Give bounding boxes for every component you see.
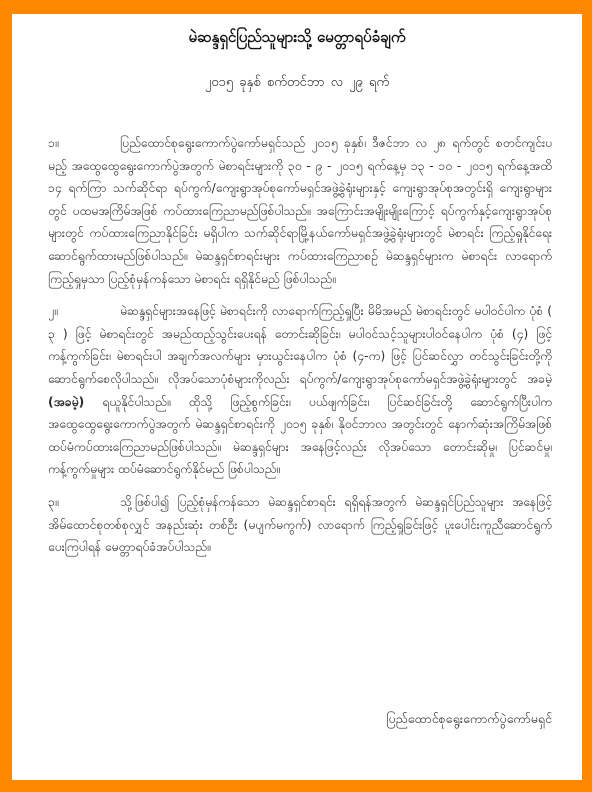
paragraph-text-continued: ရယူနိုင်ပါသည်။ ထိုသို့ ဖြည့်စွက်ခြင်း၊ ပ… (48, 395, 552, 477)
orange-border-frame: မဲဆန္ဒရှင်ပြည်သူများသို့ မေတ္တာရပ်ခံချက်… (0, 0, 592, 792)
paragraph-number: ၃။ (48, 491, 120, 514)
paragraph-text: ပြည်ထောင်စုရွေးကောက်ပွဲကော်မရှင်သည် ၂၀၁၅… (48, 136, 552, 286)
document-date: ၂၀၁၅ ခုနှစ် စက်တင်ဘာ လ ၂၉ ရက် (12, 74, 582, 93)
paragraph-1: ၁။ပြည်ထောင်စုရွေးကောက်ပွဲကော်မရှင်သည် ၂၀… (48, 132, 552, 290)
announcement-page: မဲဆန္ဒရှင်ပြည်သူများသို့ မေတ္တာရပ်ခံချက်… (12, 14, 582, 780)
document-title: မဲဆန္ဒရှင်ပြည်သူများသို့ မေတ္တာရပ်ခံချက် (12, 28, 582, 50)
paragraph-text: မဲဆန္ဒရှင်များအနေဖြင့် မဲစာရင်းကို လာရော… (48, 304, 552, 386)
paragraph-text: သို့ဖြစ်ပါ၍ ပြည့်စုံမှန်ကန်သော မဲဆန္ဒရှင… (48, 495, 552, 554)
paragraph-number: ၂။ (48, 300, 120, 323)
paragraph-3: ၃။သို့ဖြစ်ပါ၍ ပြည့်စုံမှန်ကန်သော မဲဆန္ဒရ… (48, 491, 552, 559)
free-of-charge-emphasis: (အခမဲ့) (48, 395, 84, 409)
paragraph-2: ၂။မဲဆန္ဒရှင်များအနေဖြင့် မဲစာရင်းကို လာရ… (48, 300, 552, 481)
paragraph-number: ၁။ (48, 132, 120, 155)
signature-issuer: ပြည်ထောင်စုရွေးကောက်ပွဲကော်မရှင် (386, 711, 552, 730)
document-body: ၁။ပြည်ထောင်စုရွေးကောက်ပွဲကော်မရှင်သည် ၂၀… (48, 132, 552, 569)
